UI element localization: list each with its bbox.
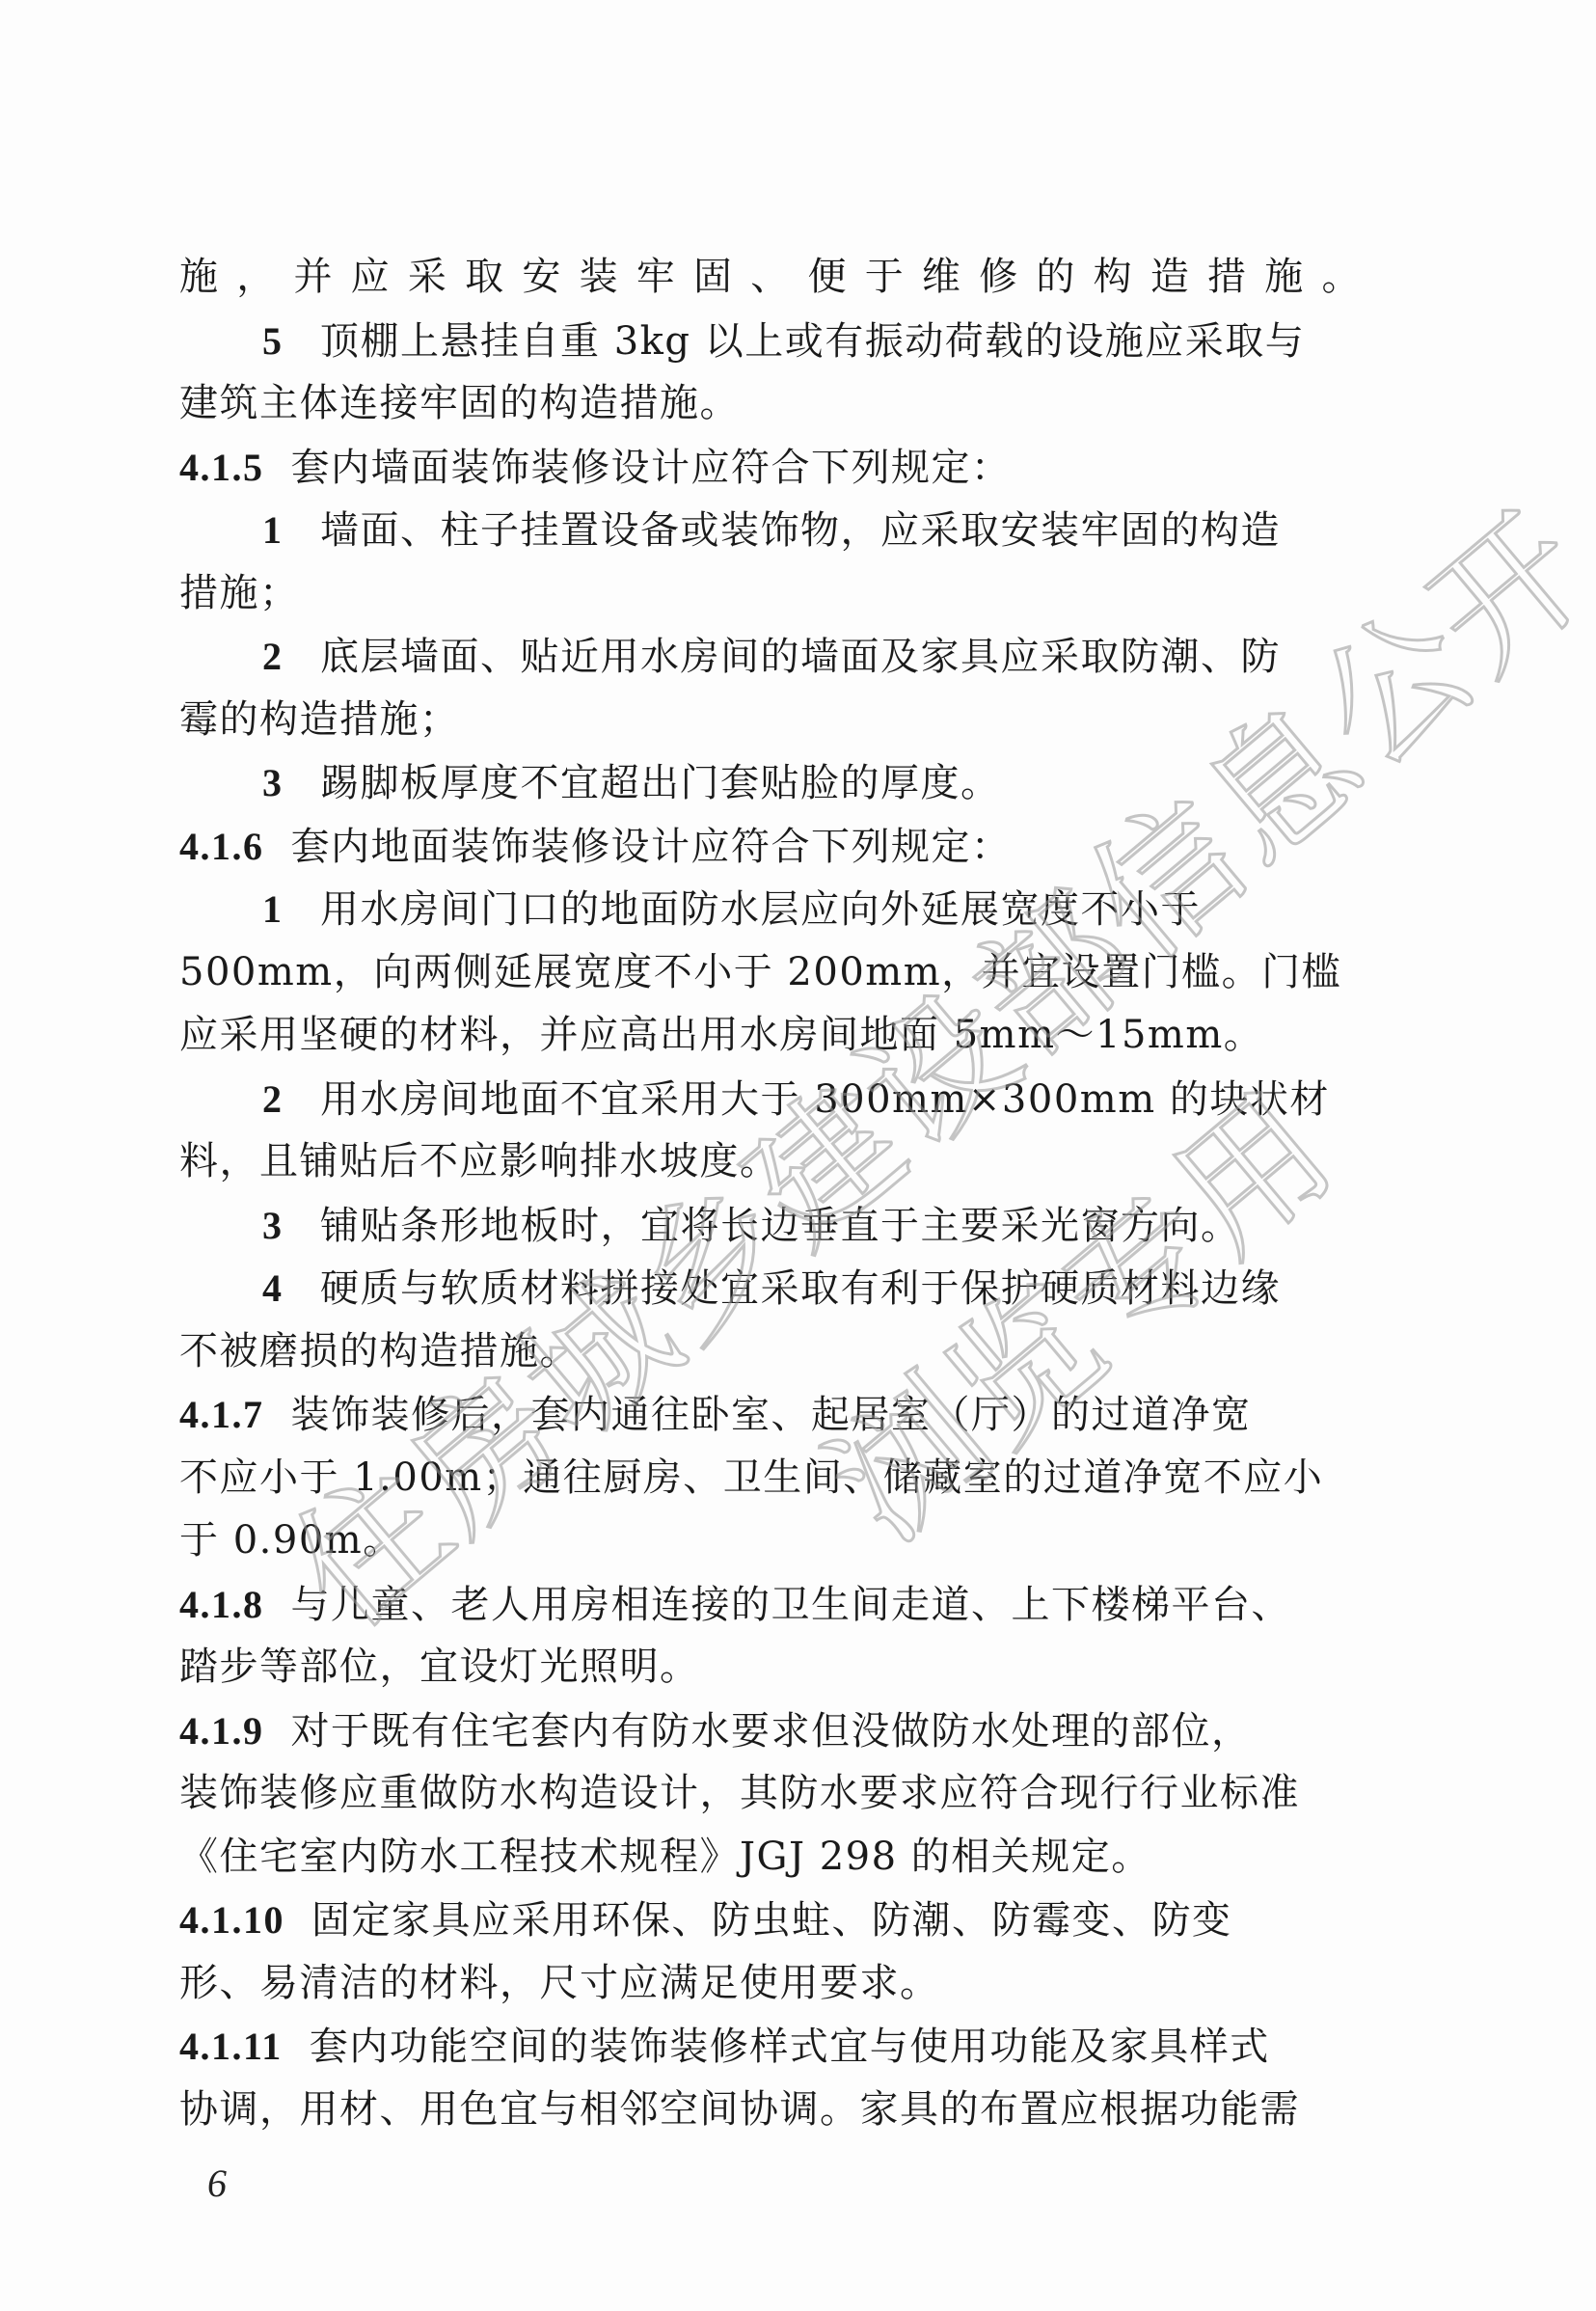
clause-text: 套内功能空间的装饰装修样式宜与使用功能及家具样式 xyxy=(310,2025,1270,2069)
clause-heading: 4.1.9对于既有住宅套内有防水要求但没做防水处理的部位， xyxy=(179,1699,1362,1763)
item-number: 5 xyxy=(262,310,320,373)
list-item: 1用水房间门口的地面防水层应向外延展宽度不小于 xyxy=(179,878,1362,941)
item-number: 1 xyxy=(262,499,320,562)
paragraph-text: 建筑主体连接牢固的构造措施。 xyxy=(179,381,740,425)
clause-heading: 4.1.7装饰装修后，套内通往卧室、起居室（厅）的过道净宽 xyxy=(179,1383,1362,1447)
paragraph-text: 施，并应采取安装牢固、便于维修的构造措施。 xyxy=(179,246,1362,310)
text-line: 霉的构造措施； xyxy=(179,689,1362,752)
clause-number: 4.1.5 xyxy=(179,436,264,500)
clause-heading: 4.1.10固定家具应采用环保、防虫蛀、防潮、防霉变、防变 xyxy=(179,1889,1362,1952)
text-line: 措施； xyxy=(179,562,1362,626)
text-line: 《住宅室内防水工程技术规程》JGJ 298 的相关规定。 xyxy=(179,1826,1362,1890)
paragraph-text: 踏步等部位，宜设灯光照明。 xyxy=(179,1645,700,1689)
list-item: 2用水房间地面不宜采用大于 300mm×300mm 的块状材 xyxy=(179,1068,1362,1131)
list-item: 1墙面、柱子挂置设备或装饰物，应采取安装牢固的构造 xyxy=(179,499,1362,562)
text-line: 装饰装修应重做防水构造设计，其防水要求应符合现行行业标准 xyxy=(179,1762,1362,1826)
clause-text: 装饰装修后，套内通往卧室、起居室（厅）的过道净宽 xyxy=(291,1393,1252,1437)
item-text: 用水房间门口的地面防水层应向外延展宽度不小于 xyxy=(320,887,1201,932)
list-item: 5顶棚上悬挂自重 3kg 以上或有振动荷载的设施应采取与 xyxy=(179,310,1362,373)
item-text: 墙面、柱子挂置设备或装饰物，应采取安装牢固的构造 xyxy=(320,508,1281,553)
page-number: 6 xyxy=(207,2161,227,2206)
paragraph-text: 措施； xyxy=(179,571,300,615)
clause-number: 4.1.7 xyxy=(179,1383,264,1447)
list-item: 3踢脚板厚度不宜超出门套贴脸的厚度。 xyxy=(179,751,1362,815)
item-number: 2 xyxy=(262,625,320,689)
paragraph-text: 协调，用材、用色宜与相邻空间协调。家具的布置应根据功能需 xyxy=(179,2087,1300,2132)
list-item: 3铺贴条形地板时，宜将长边垂直于主要采光窗方向。 xyxy=(179,1194,1362,1258)
text-line: 于 0.90m。 xyxy=(179,1509,1362,1573)
item-text: 踢脚板厚度不宜超出门套贴脸的厚度。 xyxy=(320,761,1001,805)
paragraph-text: 形、易清洁的材料，尺寸应满足使用要求。 xyxy=(179,1961,940,2005)
paragraph-text: 500mm，向两侧延展宽度不小于 200mm，并宜设置门槛。门槛 xyxy=(179,950,1341,994)
paragraph-text: 《住宅室内防水工程技术规程》JGJ 298 的相关规定。 xyxy=(179,1835,1151,1879)
item-text: 铺贴条形地板时，宜将长边垂直于主要采光窗方向。 xyxy=(320,1204,1241,1248)
clause-text: 对于既有住宅套内有防水要求但没做防水处理的部位， xyxy=(291,1709,1252,1754)
paragraph-text: 不被磨损的构造措施。 xyxy=(179,1329,580,1373)
clause-text: 固定家具应采用环保、防虫蛀、防潮、防霉变、防变 xyxy=(311,1898,1232,1943)
paragraph-text: 装饰装修应重做防水构造设计，其防水要求应符合现行行业标准 xyxy=(179,1771,1300,1815)
text-line: 料，且铺贴后不应影响排水坡度。 xyxy=(179,1130,1362,1194)
item-text: 用水房间地面不宜采用大于 300mm×300mm 的块状材 xyxy=(320,1077,1330,1122)
clause-number: 4.1.10 xyxy=(179,1889,284,1952)
item-number: 3 xyxy=(262,751,320,815)
paragraph-text: 于 0.90m。 xyxy=(179,1518,403,1563)
paragraph-text: 应采用坚硬的材料，并应高出用水房间地面 5mm～15mm。 xyxy=(179,1013,1263,1057)
clause-number: 4.1.8 xyxy=(179,1573,264,1637)
item-number: 1 xyxy=(262,878,320,941)
paragraph-text: 料，且铺贴后不应影响排水坡度。 xyxy=(179,1139,780,1183)
paragraph-text: 不应小于 1.00m；通往厨房、卫生间、储藏室的过道净宽不应小 xyxy=(179,1455,1323,1500)
item-text: 底层墙面、贴近用水房间的墙面及家具应采取防潮、防 xyxy=(320,635,1281,679)
text-line: 不应小于 1.00m；通往厨房、卫生间、储藏室的过道净宽不应小 xyxy=(179,1447,1362,1510)
text-line: 施，并应采取安装牢固、便于维修的构造措施。 xyxy=(179,246,1362,310)
text-line: 500mm，向两侧延展宽度不小于 200mm，并宜设置门槛。门槛 xyxy=(179,941,1362,1005)
text-line: 应采用坚硬的材料，并应高出用水房间地面 5mm～15mm。 xyxy=(179,1004,1362,1068)
clause-heading: 4.1.5套内墙面装饰装修设计应符合下列规定： xyxy=(179,436,1362,500)
text-line: 形、易清洁的材料，尺寸应满足使用要求。 xyxy=(179,1952,1362,2016)
text-line: 协调，用材、用色宜与相邻空间协调。家具的布置应根据功能需 xyxy=(179,2079,1362,2142)
clause-number: 4.1.9 xyxy=(179,1699,264,1763)
list-item: 2底层墙面、贴近用水房间的墙面及家具应采取防潮、防 xyxy=(179,625,1362,689)
clause-number: 4.1.6 xyxy=(179,815,264,879)
list-item: 4硬质与软质材料拼接处宜采取有利于保护硬质材料边缘 xyxy=(179,1257,1362,1320)
item-number: 4 xyxy=(262,1257,320,1320)
item-text: 硬质与软质材料拼接处宜采取有利于保护硬质材料边缘 xyxy=(320,1266,1281,1311)
clause-heading: 4.1.8与儿童、老人用房相连接的卫生间走道、上下楼梯平台、 xyxy=(179,1573,1362,1637)
item-number: 3 xyxy=(262,1194,320,1258)
text-line: 建筑主体连接牢固的构造措施。 xyxy=(179,372,1362,436)
page-body: 施，并应采取安装牢固、便于维修的构造措施。 5顶棚上悬挂自重 3kg 以上或有振… xyxy=(179,246,1362,2141)
item-text: 顶棚上悬挂自重 3kg 以上或有振动荷载的设施应采取与 xyxy=(320,319,1305,364)
clause-text: 套内地面装饰装修设计应符合下列规定： xyxy=(291,825,1012,869)
text-line: 踏步等部位，宜设灯光照明。 xyxy=(179,1636,1362,1699)
clause-text: 套内墙面装饰装修设计应符合下列规定： xyxy=(291,446,1012,490)
item-number: 2 xyxy=(262,1068,320,1131)
clause-heading: 4.1.11套内功能空间的装饰装修样式宜与使用功能及家具样式 xyxy=(179,2015,1362,2079)
document-page: 施，并应采取安装牢固、便于维修的构造措施。 5顶棚上悬挂自重 3kg 以上或有振… xyxy=(0,0,1596,2311)
clause-heading: 4.1.6套内地面装饰装修设计应符合下列规定： xyxy=(179,815,1362,879)
clause-text: 与儿童、老人用房相连接的卫生间走道、上下楼梯平台、 xyxy=(291,1583,1292,1627)
paragraph-text: 霉的构造措施； xyxy=(179,697,460,742)
text-line: 不被磨损的构造措施。 xyxy=(179,1320,1362,1384)
clause-number: 4.1.11 xyxy=(179,2015,283,2079)
